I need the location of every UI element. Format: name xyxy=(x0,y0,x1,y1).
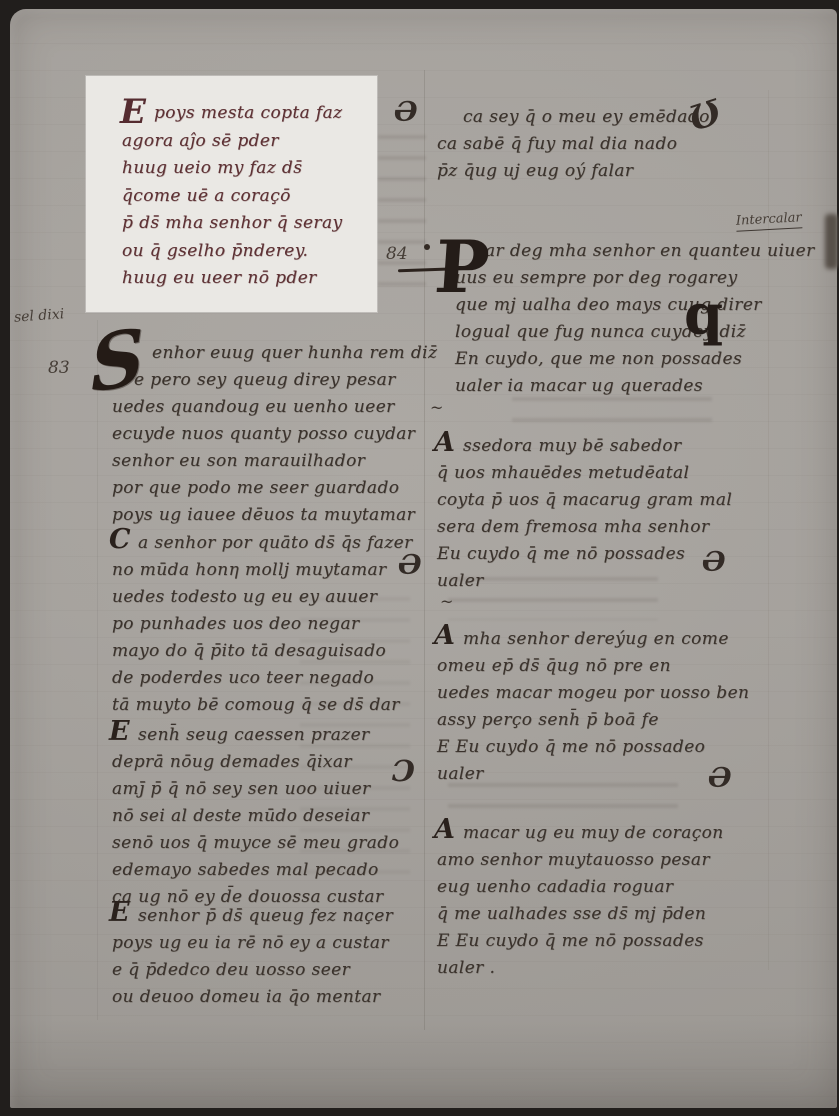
verse-line: uus eu sempre por deg rogarey xyxy=(455,265,815,292)
verse-line: E Eu cuydo q̄ me nō possadeo xyxy=(437,734,749,761)
stanza-highlighted: E poys mesta copta fazagora aĵo sē pderh… xyxy=(122,100,343,293)
verse-line: ssedora muy bē sabedor xyxy=(437,433,732,460)
illuminated-initial: E xyxy=(109,897,130,928)
verse-line: a senhor por quāto ds̄ q̄s fazer xyxy=(112,530,413,557)
verse-line: ca sey q̄ o meu ey emēdado xyxy=(437,104,710,131)
verse-line: edemayo sabedes mal pecado xyxy=(112,857,399,884)
verse-line: por que podo me seer guardado xyxy=(112,475,437,502)
verse-line: p̄ ds̄ mha senhor q̄ seray xyxy=(122,210,343,238)
verse-line: ar deg mha senhor en quanteu uiuer xyxy=(455,238,815,265)
verse-line: huug ueio my faz ds̄ xyxy=(122,155,343,183)
verse-line: q̄ me ualhades sse ds̄ mj p̄den xyxy=(437,901,724,928)
verse-line: omeu ep̄ ds̄ q̄ug nō pre en xyxy=(437,653,749,680)
verse-line: e q̄ p̄dedco deu uosso seer xyxy=(112,957,393,984)
illuminated-initial: A xyxy=(434,427,455,458)
verse-line: de poderdes uco teer negado xyxy=(112,665,413,692)
verse-line: ecuyde nuos quanty posso cuydar xyxy=(112,421,437,448)
verse-line: En cuydo, que me non possades xyxy=(455,346,815,373)
verse-line: q̄ uos mhauēdes metudēatal xyxy=(437,460,732,487)
correction-mark: Ɔ xyxy=(392,754,415,788)
stanza: E senhor p̄ ds̄ queug fez naçerpoys ug e… xyxy=(112,903,393,1011)
verse-line: po punhades uos deo negar xyxy=(112,611,413,638)
verse-line: ualer xyxy=(437,761,749,788)
illuminated-initial: E xyxy=(120,92,146,132)
verse-line: ca sabē q̄ fuy mal dia nado xyxy=(437,131,710,158)
stanza: P ar deg mha senhor en quanteu uiueruus … xyxy=(455,238,815,400)
folio-number-84: 84 xyxy=(386,244,408,264)
underline-squiggle: ~ xyxy=(430,398,443,417)
verse-line: uedes quandoug eu uenho ueer xyxy=(112,394,437,421)
verse-line: ualer . xyxy=(437,955,724,982)
verse-line: Eu cuydo q̄ me nō possades xyxy=(437,541,732,568)
verse-line: p̄z q̄ug uj eug oý falar xyxy=(437,158,710,185)
verse-line: mha senhor dereýug en come xyxy=(437,626,749,653)
page-edge-smudge xyxy=(825,214,838,269)
illuminated-initial: C xyxy=(109,524,131,555)
verse-line: poys ug iauee dēuos ta muytamar xyxy=(112,502,437,529)
verse-line: E Eu cuydo q̄ me nō possades xyxy=(437,928,724,955)
folio-number-83: 83 xyxy=(48,358,70,378)
initial-q-mark: q xyxy=(684,282,723,348)
illuminated-initial: A xyxy=(434,814,455,845)
verse-line: ou deuoo domeu ia q̄o mentar xyxy=(112,984,393,1011)
verse-line: amo senhor muytauosso pesar xyxy=(437,847,724,874)
verse-line: ou q̄ gselho p̄nderey. xyxy=(122,238,343,266)
verse-line: deprā nōug demades q̄ixar xyxy=(112,749,399,776)
verse-line: logual que fug nunca cuydey diz̄ xyxy=(455,319,815,346)
manuscript-scan: E poys mesta copta fazagora aĵo sē pderh… xyxy=(0,0,839,1116)
ink-dot xyxy=(424,244,430,250)
verse-line: tā muyto bē comoug q̄ se ds̄ dar xyxy=(112,692,413,719)
verse-line: q̄come uē a coraçō xyxy=(122,183,343,211)
verse-line: que mj ualha deo mays cuug direr xyxy=(455,292,815,319)
verse-line: uedes macar mogeu por uosso ben xyxy=(437,680,749,707)
stanza: C a senhor por quāto ds̄ q̄s fazerno mūd… xyxy=(112,530,413,719)
verse-line: nō sei al deste mūdo deseiar xyxy=(112,803,399,830)
correction-mark: Ə xyxy=(708,763,732,794)
verse-line: agora aĵo sē pder xyxy=(122,128,343,156)
illuminated-initial: E xyxy=(109,716,130,747)
correction-mark: Ə xyxy=(394,97,418,128)
verse-line: poys mesta copta faz xyxy=(122,100,343,128)
verse-line: poys ug eu ia rē nō ey a custar xyxy=(112,930,393,957)
verse-line: senhor p̄ ds̄ queug fez naçer xyxy=(112,903,393,930)
margin-line-left xyxy=(97,320,98,1020)
verse-line: enhor euug quer hunha rem diz̄ xyxy=(112,340,437,367)
verse-line: amj̄ p̄ q̄ nō sey sen uoo uiuer xyxy=(112,776,399,803)
stanza: S enhor euug quer hunha rem diz̄e pero s… xyxy=(112,340,437,529)
illuminated-initial: P xyxy=(432,224,492,309)
verse-line: ualer xyxy=(437,568,732,595)
verse-line: senhor eu son marauilhador xyxy=(112,448,437,475)
verse-line: huug eu ueer nō pder xyxy=(122,265,343,293)
stanza: A ssedora muy bē sabedorq̄ uos mhauēdes … xyxy=(437,433,732,595)
verse-line: ualer ia macar ug querades xyxy=(455,373,815,400)
verse-line: senh̄ seug caessen prazer xyxy=(112,722,399,749)
stanza: A macar ug eu muy de coraçonamo senhor m… xyxy=(437,820,724,982)
correction-mark: Ə xyxy=(398,550,422,581)
verse-line: sera dem fremosa mha senhor xyxy=(437,514,732,541)
stanza: E senh̄ seug caessen prazerdeprā nōug de… xyxy=(112,722,399,911)
verse-line: macar ug eu muy de coraçon xyxy=(437,820,724,847)
correction-mark: Ə xyxy=(702,547,726,578)
verse-line: eug uenho cadadia roguar xyxy=(437,874,724,901)
verse-line: coyta p̄ uos q̄ macarug gram mal xyxy=(437,487,732,514)
illuminated-initial: A xyxy=(434,620,455,651)
underline-squiggle: ~ xyxy=(440,592,453,611)
stanza: A mha senhor dereýug en comeomeu ep̄ ds̄… xyxy=(437,626,749,788)
verse-line: mayo do q̄ p̄ito tā desaguisado xyxy=(112,638,413,665)
stanza-right-top: ca sey q̄ o meu ey emēdadoca sabē q̄ fuy… xyxy=(437,104,710,185)
verse-line: assy perço senh̄ p̄ boā fe xyxy=(437,707,749,734)
verse-line: uedes todesto ug eu ey auuer xyxy=(112,584,413,611)
verse-line: no mūda honη mollj muytamar xyxy=(112,557,413,584)
margin-note-intercalar: Intercalar xyxy=(736,210,803,231)
gutter-line xyxy=(424,70,425,1030)
verse-line: e pero sey queug direy pesar xyxy=(112,367,437,394)
verse-line: senō uos q̄ muyce sē meu grado xyxy=(112,830,399,857)
illuminated-initial: S xyxy=(89,311,147,410)
